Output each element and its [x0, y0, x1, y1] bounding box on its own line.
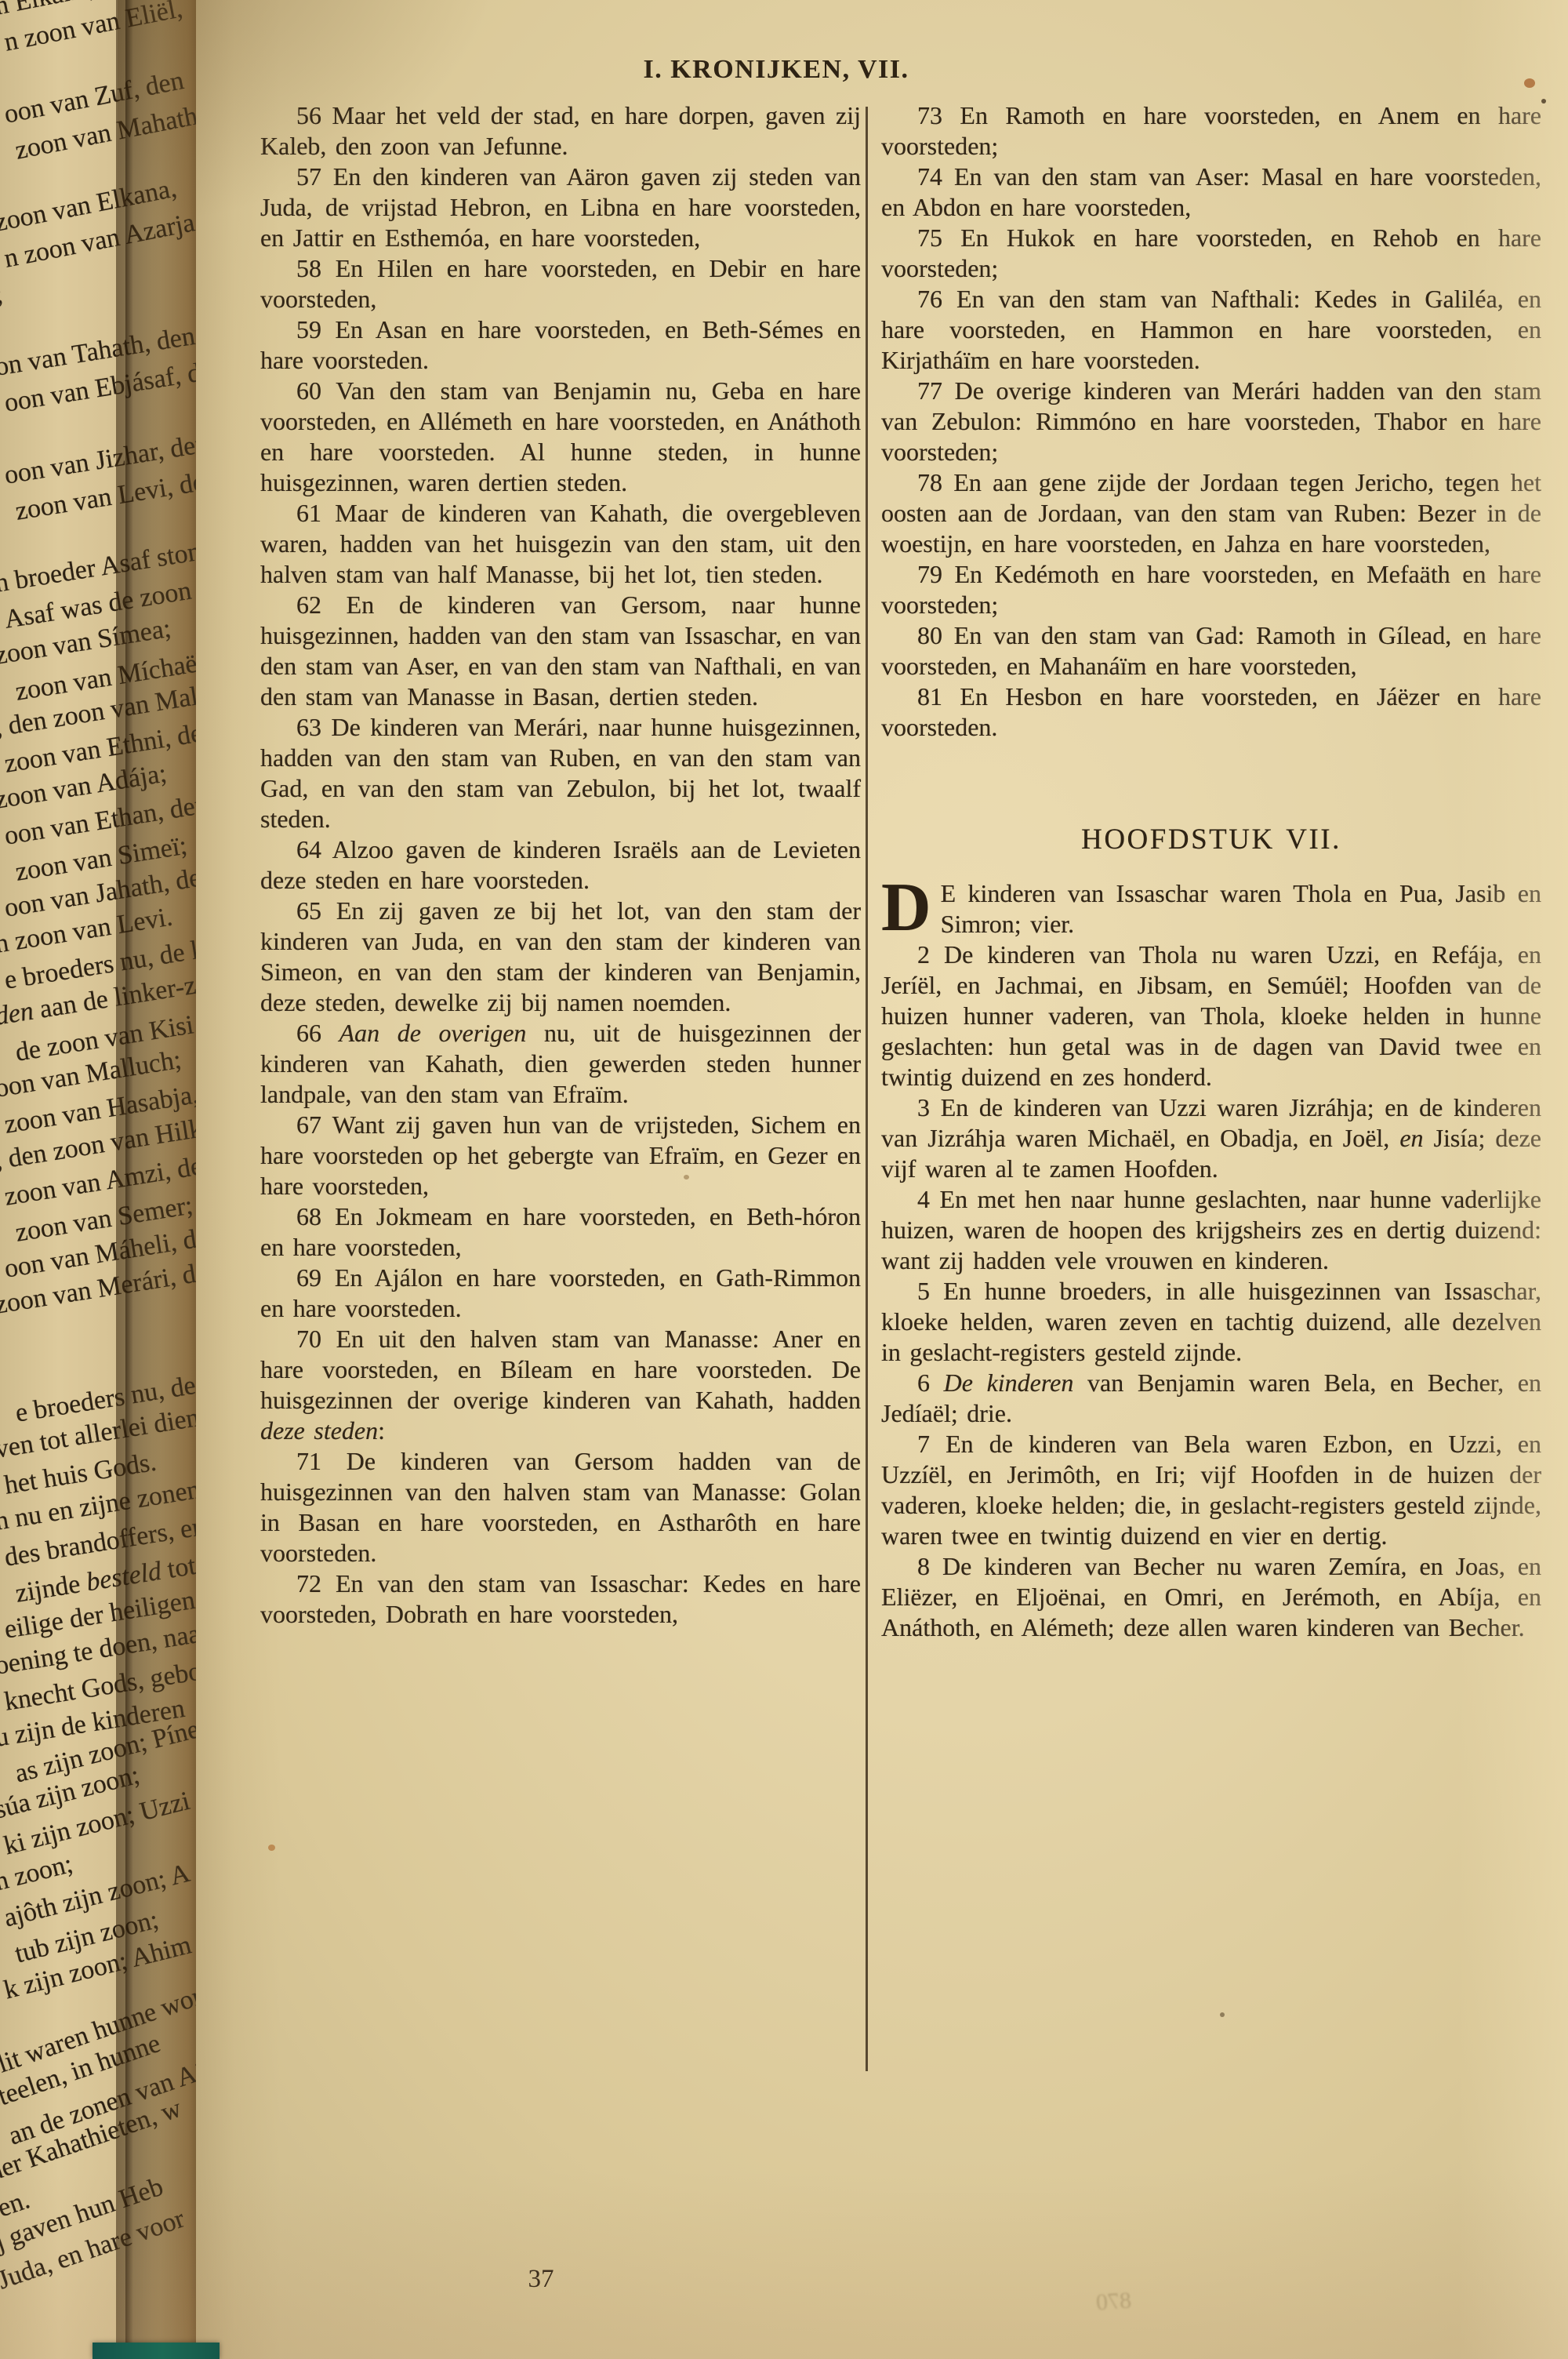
left-column: 56 Maar het veld der stad, en hare dorpe… — [260, 100, 861, 1630]
verse-paragraph: 8 De kinderen van Becher nu waren Zemíra… — [881, 1551, 1541, 1643]
verse-paragraph: 58 En Hilen en hare voorsteden, en Debir… — [260, 253, 861, 314]
table-edge — [93, 2343, 220, 2359]
verse-paragraph: 81 En Hesbon en hare voorsteden, en Jáëz… — [881, 682, 1541, 743]
verse-paragraph: 80 En van den stam van Gad: Ramoth in Gí… — [881, 620, 1541, 682]
page: I. KRONIJKEN, VII. 56 Maar het veld der … — [0, 0, 1568, 2359]
page-number: 37 — [486, 2265, 596, 2294]
chapter-heading: HOOFDSTUK VII. — [881, 824, 1541, 855]
verse-paragraph: 61 Maar de kinderen van Kahath, die over… — [260, 498, 861, 590]
verse-paragraph: 79 En Kedémoth en hare voorsteden, en Me… — [881, 559, 1541, 620]
book-page-photo: n Elkana, denn zoon van Eliël,oon van Zu… — [0, 0, 1568, 2359]
verse-paragraph: 68 En Jokmeam en hare voorsteden, en Bet… — [260, 1201, 861, 1263]
verse-paragraph: 66 Aan de overigen nu, uit de huisgezinn… — [260, 1018, 861, 1110]
verse-paragraph: 60 Van den stam van Benjamin nu, Geba en… — [260, 376, 861, 498]
verse-paragraph: 3 En de kinderen van Uzzi waren Jizráhja… — [881, 1092, 1541, 1184]
verse-paragraph: 59 En Asan en hare voorsteden, en Beth-S… — [260, 314, 861, 376]
verse-paragraph: 67 Want zij gaven hun van de vrijsteden,… — [260, 1110, 861, 1201]
verse-paragraph: 63 De kinderen van Merári, naar hunne hu… — [260, 712, 861, 834]
verse-paragraph: 2 De kinderen van Thola nu waren Uzzi, e… — [881, 940, 1541, 1092]
verse-paragraph: 74 En van den stam van Aser: Masal en ha… — [881, 162, 1541, 223]
verse-paragraph: 75 En Hukok en hare voorsteden, en Rehob… — [881, 223, 1541, 284]
verse-paragraph: 7 En de kinderen van Bela waren Ezbon, e… — [881, 1429, 1541, 1551]
verse-paragraph: 76 En van den stam van Nafthali: Kedes i… — [881, 284, 1541, 376]
verse-paragraph: 69 En Ajálon en hare voorsteden, en Gath… — [260, 1263, 861, 1324]
running-header: I. KRONIJKEN, VII. — [259, 55, 1294, 85]
verse-paragraph: 71 De kinderen van Gersom hadden van de … — [260, 1446, 861, 1568]
column-divider-rule — [866, 107, 868, 2071]
chapter-seven-verses: DE kinderen van Issaschar waren Thola en… — [881, 878, 1541, 1643]
verse-paragraph: 65 En zij gaven ze bij het lot, van den … — [260, 896, 861, 1018]
verse-paragraph: 70 En uit den halven stam van Manasse: A… — [260, 1324, 861, 1446]
verse-paragraph: 73 En Ramoth en hare voorsteden, en Anem… — [881, 100, 1541, 162]
verse-paragraph: 72 En van den stam van Issaschar: Kedes … — [260, 1568, 861, 1630]
show-through-text: 870 — [1095, 2287, 1132, 2316]
drop-cap-initial: D — [881, 881, 931, 936]
verse-paragraph: 62 En de kinderen van Gersom, naar hunne… — [260, 590, 861, 712]
verse-paragraph: 5 En hunne broeders, in alle huisgezinne… — [881, 1276, 1541, 1368]
right-column: 73 En Ramoth en hare voorsteden, en Anem… — [881, 100, 1541, 1643]
right-column-verses: 73 En Ramoth en hare voorsteden, en Anem… — [881, 100, 1541, 743]
verse-paragraph: 6 De kinderen van Benjamin waren Bela, e… — [881, 1368, 1541, 1429]
verse-paragraph: 57 En den kinderen van Aäron gaven zij s… — [260, 162, 861, 253]
verse-paragraph: 4 En met hen naar hunne geslachten, naar… — [881, 1184, 1541, 1276]
verse-paragraph: 64 Alzoo gaven de kinderen Israëls aan d… — [260, 834, 861, 896]
verse-paragraph: 78 En aan gene zijde der Jordaan tegen J… — [881, 467, 1541, 559]
chapter-first-verse: DE kinderen van Issaschar waren Thola en… — [881, 878, 1541, 940]
verse-paragraph: 77 De overige kinderen van Merári hadden… — [881, 376, 1541, 467]
verse-paragraph: 56 Maar het veld der stad, en hare dorpe… — [260, 100, 861, 162]
